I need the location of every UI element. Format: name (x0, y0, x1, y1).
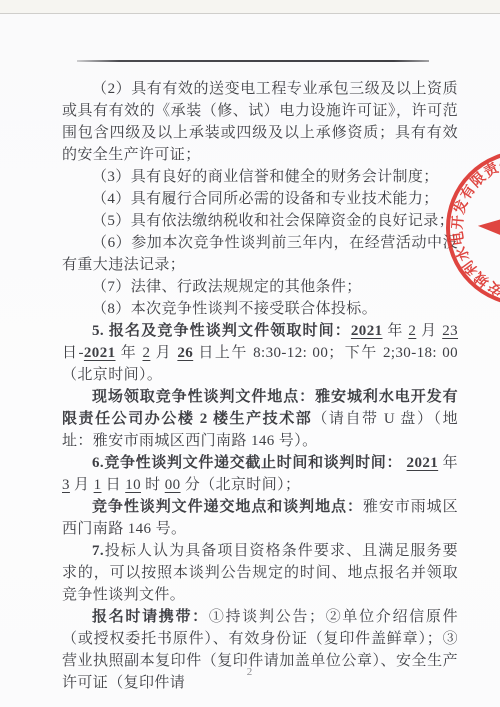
text-run: （2）具有有效的送变电工程专业承包三级及以上资质或具有有效的《承装（修、试）电力… (62, 81, 458, 163)
text-run: （7）法律、行政法规规定的其他条件； (92, 279, 362, 295)
paragraph: （6）参加本次竞争性谈判前三年内，在经营活动中没有重大违法记录； (62, 232, 458, 276)
paragraph: 报名时请携带：①持谈判公告；②单位介绍信原件（或授权委托书原件）、有效身份证（复… (62, 606, 458, 694)
text-run: （5）具有依法缴纳税收和社会保障资金的良好记录； (92, 213, 454, 229)
paragraph: （2）具有有效的送变电工程专业承包三级及以上资质或具有有效的《承装（修、试）电力… (62, 78, 458, 166)
header-rule (77, 60, 429, 62)
text-run: 2021 (351, 323, 383, 339)
text-run: 日 (102, 477, 126, 493)
text-run: 月 (150, 345, 177, 361)
text-run: 年 (383, 323, 409, 339)
paragraph: 现场领取竞争性谈判文件地点：雅安城利水电开发有限责任公司办公楼 2 楼生产技术部… (62, 386, 458, 452)
paragraph: （7）法律、行政法规规定的其他条件； (62, 276, 458, 298)
text-run: 分（北京时间）； (181, 477, 301, 493)
text-run: 投标人认为具备项目资格条件要求、且满足服务要求的，可以按照本谈判公告规定的时间、… (62, 543, 458, 603)
scan-edge-band (0, 0, 500, 14)
paragraph: 6.竞争性谈判文件递交截止时间和谈判时间： 2021 年 3 月 1 日 10 … (62, 452, 458, 496)
text-run: （3）具有良好的商业信誉和健全的财务会计制度； (92, 169, 439, 185)
text-run: 月 (416, 323, 442, 339)
paragraph: （8）本次竞争性谈判不接受联合体投标。 (62, 298, 458, 320)
text-run: 26 (177, 345, 193, 361)
text-run: （4）具有履行合同所必需的设备和专业技术能力； (92, 191, 439, 207)
text-run: 报名时请携带： (92, 609, 209, 625)
text-run: 1 (94, 477, 102, 493)
text-run: 月 (70, 477, 94, 493)
text-run: 竞争性谈判文件递交地点和谈判地点： (92, 499, 363, 515)
text-run: 3 (62, 477, 70, 493)
text-run: 5. 报名及竞争性谈判文件领取时间： (92, 323, 351, 339)
text-run: 日- (62, 345, 84, 361)
paragraph: 7.投标人认为具备项目资格条件要求、且满足服务要求的，可以按照本谈判公告规定的时… (62, 540, 458, 606)
paragraph: （3）具有良好的商业信誉和健全的财务会计制度； (62, 166, 458, 188)
document-body: （2）具有有效的送变电工程专业承包三级及以上资质或具有有效的《承装（修、试）电力… (62, 78, 458, 694)
text-run: （6）参加本次竞争性谈判前三年内，在经营活动中没有重大违法记录； (62, 235, 458, 273)
paragraph: 5. 报名及竞争性谈判文件领取时间：2021 年 2 月 23 日-2021 年… (62, 320, 458, 386)
text-run: 年 (438, 455, 458, 471)
paragraph: （5）具有依法缴纳税收和社会保障资金的良好记录； (62, 210, 458, 232)
text-run: 2021 (407, 455, 439, 471)
text-run: （8）本次竞争性谈判不接受联合体投标。 (92, 301, 377, 317)
text-run: 7. (92, 543, 104, 559)
paragraph: 竞争性谈判文件递交地点和谈判地点：雅安市雨城区西门南路 146 号。 (62, 496, 458, 540)
paragraph: （4）具有履行合同所必需的设备和专业技术能力； (62, 188, 458, 210)
text-run: 10 (125, 477, 141, 493)
document-page: （2）具有有效的送变电工程专业承包三级及以上资质或具有有效的《承装（修、试）电力… (0, 14, 500, 707)
text-run: 00 (165, 477, 181, 493)
seal-star-icon (470, 172, 500, 276)
page-number: 2 (0, 666, 500, 678)
text-run: 时 (141, 477, 165, 493)
text-run: 23 (442, 323, 458, 339)
text-run: 年 (116, 345, 143, 361)
text-run: 2021 (84, 345, 116, 361)
text-run: 6.竞争性谈判文件递交截止时间和谈判时间： (92, 455, 407, 471)
